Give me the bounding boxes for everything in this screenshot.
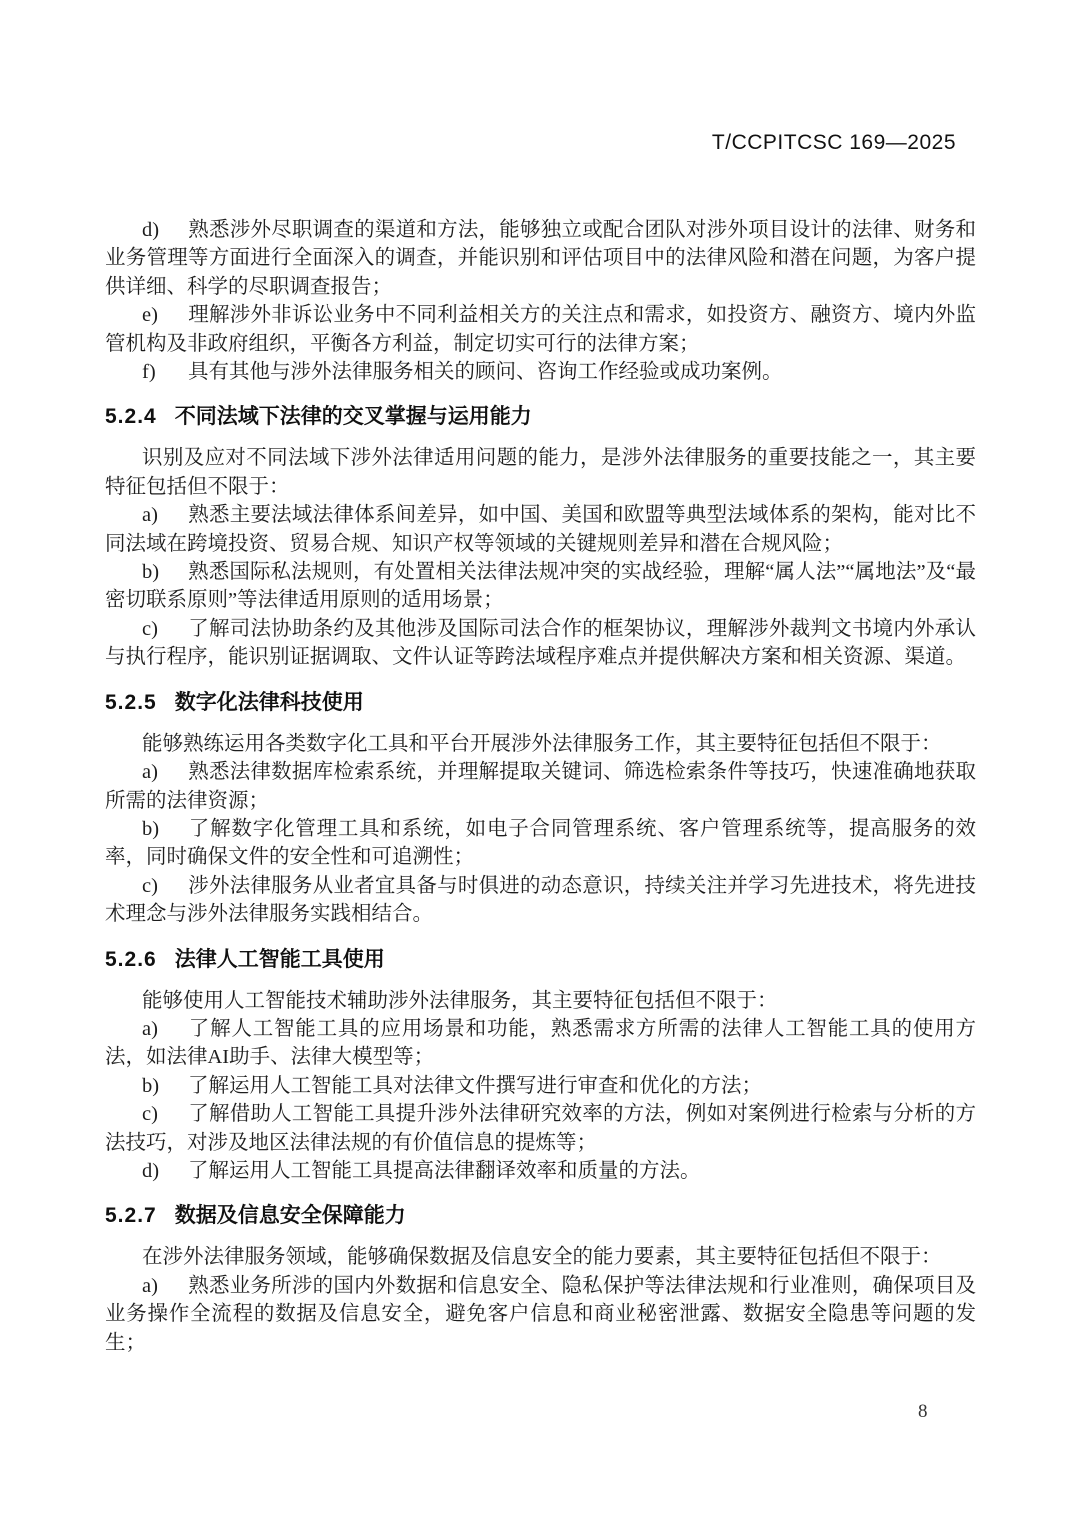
list-item-label: a) [142,1272,164,1300]
list-item: b)了解数字化管理工具和系统，如电子合同管理系统、客户管理系统等，提高服务的效率… [105,815,976,872]
list-item-text: 了解数字化管理工具和系统，如电子合同管理系统、客户管理系统等，提高服务的效率，同… [105,818,976,868]
list-item-label: b) [142,815,164,843]
list-item: a)了解人工智能工具的应用场景和功能，熟悉需求方所需的法律人工智能工具的使用方法… [105,1015,976,1072]
section-title: 不同法域下法律的交叉掌握与运用能力 [175,405,532,428]
list-item-label: c) [142,1100,164,1128]
document-body: d)熟悉涉外尽职调查的渠道和方法，能够独立或配合团队对涉外项目设计的法律、财务和… [105,216,976,1357]
list-item-text: 涉外法律服务从业者宜具备与时俱进的动态意识，持续关注并学习先进技术，将先进技术理… [105,875,976,925]
page-number: 8 [918,1401,928,1423]
list-item-text: 理解涉外非诉讼业务中不同利益相关方的关注点和需求，如投资方、融资方、境内外监管机… [105,304,976,354]
section-number: 5.2.5 [105,691,157,714]
list-item-label: f) [142,358,164,386]
standard-number-header: T/CCPITCSC 169—2025 [712,131,956,155]
list-item: c)了解借助人工智能工具提升涉外法律研究效率的方法，例如对案例进行检索与分析的方… [105,1100,976,1157]
list-item-text: 熟悉业务所涉的国内外数据和信息安全、隐私保护等法律法规和行业准则，确保项目及业务… [105,1275,976,1354]
list-item: f)具有其他与涉外法律服务相关的顾问、咨询工作经验或成功案例。 [105,358,976,386]
paragraph: 在涉外法律服务领域，能够确保数据及信息安全的能力要素，其主要特征包括但不限于： [105,1243,976,1271]
list-item-label: a) [142,1015,164,1043]
list-item-text: 具有其他与涉外法律服务相关的顾问、咨询工作经验或成功案例。 [188,361,783,383]
list-item-text: 熟悉国际私法规则，有处置相关法律法规冲突的实战经验，理解“属人法”“属地法”及“… [105,561,976,611]
list-item: e)理解涉外非诉讼业务中不同利益相关方的关注点和需求，如投资方、融资方、境内外监… [105,301,976,358]
list-item-text: 熟悉主要法域法律体系间差异，如中国、美国和欧盟等典型法域体系的架构，能对比不同法… [105,504,976,554]
list-item-label: c) [142,872,164,900]
list-item-label: d) [142,1157,164,1185]
list-item-label: d) [142,216,164,244]
list-item: a)熟悉法律数据库检索系统，并理解提取关键词、筛选检索条件等技巧，快速准确地获取… [105,758,976,815]
list-item: b)熟悉国际私法规则，有处置相关法律法规冲突的实战经验，理解“属人法”“属地法”… [105,558,976,615]
list-item-text: 了解借助人工智能工具提升涉外法律研究效率的方法，例如对案例进行检索与分析的方法技… [105,1103,976,1153]
section-number: 5.2.7 [105,1204,157,1227]
list-item-text: 了解运用人工智能工具提高法律翻译效率和质量的方法。 [188,1160,701,1182]
list-item-label: b) [142,1072,164,1100]
section-heading-5-2-6: 5.2.6法律人工智能工具使用 [105,945,976,975]
section-title: 数字化法律科技使用 [175,691,364,714]
section-heading-5-2-7: 5.2.7数据及信息安全保障能力 [105,1201,976,1231]
list-item-label: c) [142,615,164,643]
document-page: T/CCPITCSC 169—2025 d)熟悉涉外尽职调查的渠道和方法，能够独… [0,0,1080,1527]
section-number: 5.2.6 [105,948,157,971]
list-item-label: b) [142,558,164,586]
list-item-text: 了解人工智能工具的应用场景和功能，熟悉需求方所需的法律人工智能工具的使用方法，如… [105,1018,976,1068]
list-item-label: a) [142,501,164,529]
section-heading-5-2-4: 5.2.4不同法域下法律的交叉掌握与运用能力 [105,402,976,432]
section-title: 法律人工智能工具使用 [175,948,385,971]
list-item-text: 熟悉法律数据库检索系统，并理解提取关键词、筛选检索条件等技巧，快速准确地获取所需… [105,761,976,811]
paragraph: 识别及应对不同法域下涉外法律适用问题的能力，是涉外法律服务的重要技能之一，其主要… [105,444,976,501]
list-item-text: 了解运用人工智能工具对法律文件撰写进行审查和优化的方法； [188,1075,762,1097]
list-item: c)涉外法律服务从业者宜具备与时俱进的动态意识，持续关注并学习先进技术，将先进技… [105,872,976,929]
list-item: d)了解运用人工智能工具提高法律翻译效率和质量的方法。 [105,1157,976,1185]
list-item: b)了解运用人工智能工具对法律文件撰写进行审查和优化的方法； [105,1072,976,1100]
list-item: c)了解司法协助条约及其他涉及国际司法合作的框架协议，理解涉外裁判文书境内外承认… [105,615,976,672]
paragraph: 能够使用人工智能技术辅助涉外法律服务，其主要特征包括但不限于： [105,987,976,1015]
list-item-label: e) [142,301,164,329]
list-item: d)熟悉涉外尽职调查的渠道和方法，能够独立或配合团队对涉外项目设计的法律、财务和… [105,216,976,301]
list-item: a)熟悉业务所涉的国内外数据和信息安全、隐私保护等法律法规和行业准则，确保项目及… [105,1272,976,1357]
list-item: a)熟悉主要法域法律体系间差异，如中国、美国和欧盟等典型法域体系的架构，能对比不… [105,501,976,558]
section-title: 数据及信息安全保障能力 [175,1204,406,1227]
list-item-label: a) [142,758,164,786]
list-item-text: 了解司法协助条约及其他涉及国际司法合作的框架协议，理解涉外裁判文书境内外承认与执… [105,618,976,668]
section-heading-5-2-5: 5.2.5数字化法律科技使用 [105,688,976,718]
paragraph: 能够熟练运用各类数字化工具和平台开展涉外法律服务工作，其主要特征包括但不限于： [105,730,976,758]
section-number: 5.2.4 [105,405,157,428]
list-item-text: 熟悉涉外尽职调查的渠道和方法，能够独立或配合团队对涉外项目设计的法律、财务和业务… [105,219,976,298]
